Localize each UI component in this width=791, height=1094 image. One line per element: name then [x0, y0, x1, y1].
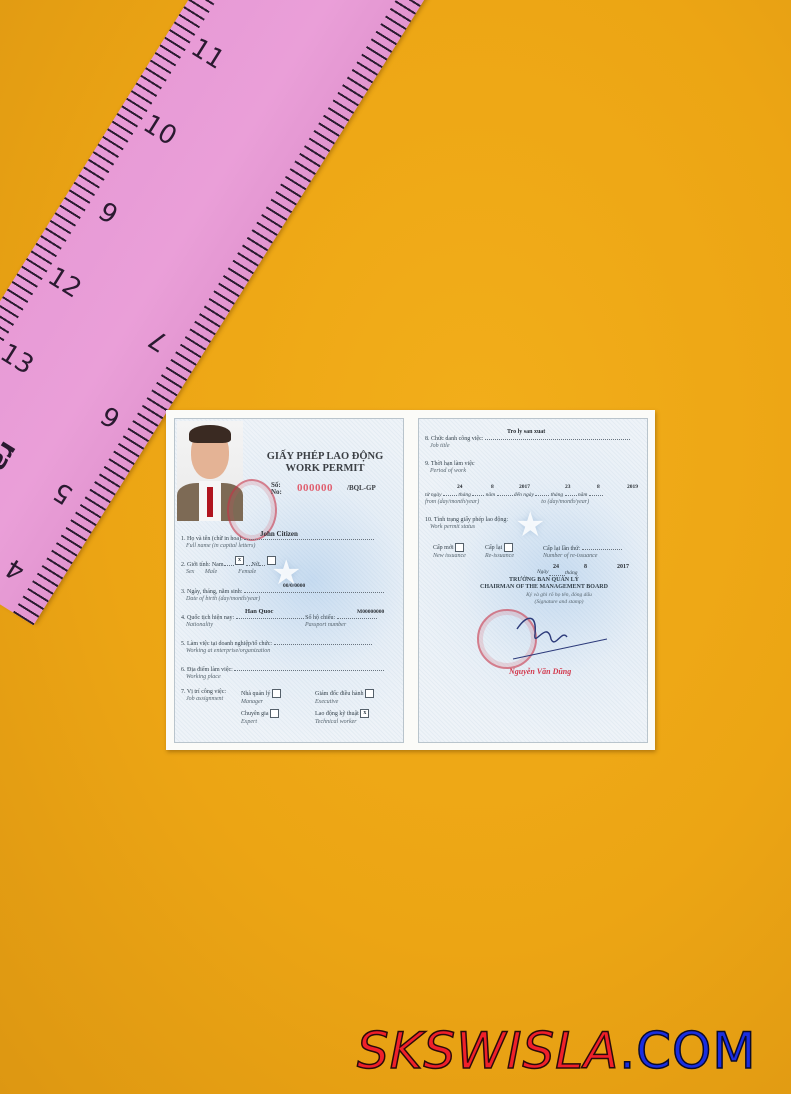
female-checkbox[interactable]	[267, 556, 276, 565]
permit-left-page: GIẤY PHÉP LAO ĐỘNG WORK PERMIT Số: No: 0…	[174, 418, 404, 743]
to-month: 8	[597, 484, 600, 490]
ruler-number: 6	[96, 399, 126, 433]
ruler-number: 7	[144, 323, 174, 357]
field-job-title: 8. Chức danh công việc: Job title	[425, 433, 639, 449]
watermark-part1: SKSWISLA	[357, 1022, 619, 1080]
issue-month: 8	[584, 564, 587, 570]
signature-icon	[507, 609, 617, 669]
permit-number: 000000	[297, 482, 333, 494]
to-day: 23	[565, 484, 571, 490]
from-month: 8	[491, 484, 494, 490]
issue-year: 2017	[617, 564, 629, 570]
issue-day: 24	[553, 564, 559, 570]
passport-value: M00000000	[357, 609, 384, 615]
title-en: WORK PERMIT	[255, 463, 395, 475]
male-checkbox[interactable]: x	[235, 556, 244, 565]
signer-name: Nguyễn Văn Dũng	[509, 667, 571, 676]
to-year: 2019	[627, 484, 638, 490]
ruler-number: 9	[93, 197, 123, 231]
from-year: 2017	[519, 484, 530, 490]
from-day: 24	[457, 484, 463, 490]
field-enterprise: 5. Làm việc tại doanh nghiệp/tổ chức: Wo…	[181, 638, 395, 654]
dob-value: 00/0/0000	[283, 583, 305, 589]
sign-instruction: Ký và ghi rõ họ tên, đóng dấu (Signature…	[479, 592, 639, 605]
number-label-en: No:	[271, 489, 282, 496]
full-name-value: John Citizen	[260, 530, 298, 538]
field-period-dates: từ ngày tháng năm đến ngày tháng năm fro…	[425, 489, 639, 505]
permit-right-page: ★ 8. Chức danh công việc: Job title Tro …	[418, 418, 648, 743]
job-title-value: Tro ly san xuat	[507, 429, 545, 435]
expert-checkbox[interactable]	[270, 709, 279, 718]
manager-checkbox[interactable]	[272, 689, 281, 698]
number-label: Số: No:	[271, 482, 282, 496]
new-issuance-checkbox[interactable]	[455, 543, 464, 552]
field-working-place: 6. Địa điểm làm việc: Working place	[181, 664, 395, 680]
technical-worker-checkbox[interactable]: x	[360, 709, 369, 718]
ruler-number: 13	[0, 338, 39, 381]
title-vn: GIẤY PHÉP LAO ĐỘNG	[255, 451, 395, 463]
executive-checkbox[interactable]	[365, 689, 374, 698]
permit-title: GIẤY PHÉP LAO ĐỘNG WORK PERMIT	[255, 451, 395, 475]
field-period: 9. Thời hạn làm việc Period of work	[425, 461, 639, 474]
watermark-part2: .COM	[619, 1022, 756, 1080]
work-permit-card: GIẤY PHÉP LAO ĐỘNG WORK PERMIT Số: No: 0…	[166, 410, 655, 750]
field-sex: 2. Giới tính: Nam x Nữ Sex Male Female	[181, 559, 395, 575]
nationality-value: Han Quoc	[245, 608, 273, 615]
ruler-brand: rause	[0, 436, 24, 521]
field-status: 10. Tình trạng giấy phép lao động: Work …	[425, 517, 639, 530]
permit-number-suffix: /BQL-GP	[347, 484, 376, 492]
watermark-logo: SKSWISLA.COM	[357, 1022, 757, 1080]
re-issuance-checkbox[interactable]	[504, 543, 513, 552]
ruler-number: 4	[1, 552, 31, 586]
authority: TRƯỞNG BAN QUẢN LÝ CHAIRMAN OF THE MANAG…	[449, 577, 639, 591]
ruler-number: 5	[48, 476, 78, 510]
